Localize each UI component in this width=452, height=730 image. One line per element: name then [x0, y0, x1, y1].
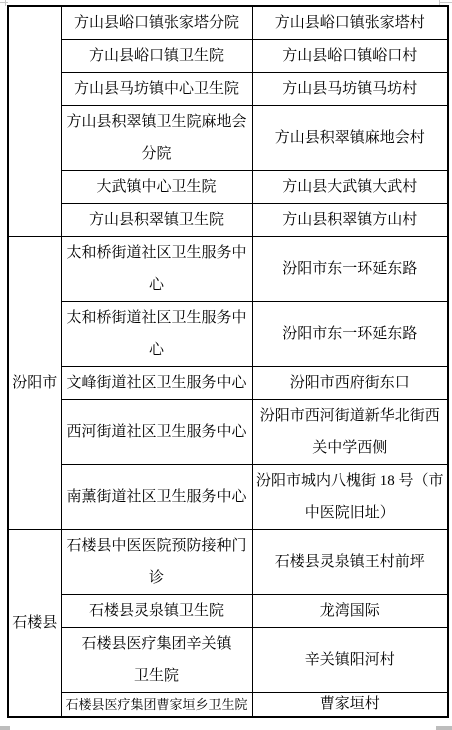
- address-cell: 方山县峪口镇张家塔村: [252, 6, 448, 40]
- institution-cell: 西河街道社区卫生服务中心: [61, 400, 252, 465]
- institution-cell: 方山县马坊镇中心卫生院: [61, 73, 252, 106]
- address-cell: 汾阳市东一环延东路: [252, 302, 448, 367]
- institution-cell: 太和桥街道社区卫生服务中 心: [61, 302, 252, 367]
- table-row: 方山县积翠镇卫生院麻地会 分院方山县积翠镇麻地会村: [8, 106, 448, 171]
- institution-cell: 石楼县医疗集团曹家垣乡卫生院: [61, 693, 252, 718]
- institution-cell: 方山县峪口镇卫生院: [61, 40, 252, 73]
- address-cell: 方山县大武镇大武村: [252, 171, 448, 204]
- institution-cell: 南薰街道社区卫生服务中心: [61, 465, 252, 530]
- table-row: 方山县峪口镇卫生院方山县峪口镇峪口村: [8, 40, 448, 73]
- table-row: 方山县峪口镇张家塔分院方山县峪口镇张家塔村: [8, 6, 448, 40]
- institution-cell: 石楼县医疗集团辛关镇 卫生院: [61, 628, 252, 693]
- gridline-remnant-top-left-vertical: [5, 0, 6, 6]
- vaccination-sites-table: 方山县峪口镇张家塔分院方山县峪口镇张家塔村方山县峪口镇卫生院方山县峪口镇峪口村方…: [7, 5, 449, 718]
- institution-cell: 文峰街道社区卫生服务中心: [61, 367, 252, 400]
- table-row: 南薰街道社区卫生服务中心汾阳市城内八槐街 18 号（市 中医院旧址）: [8, 465, 448, 530]
- address-cell: 汾阳市西府街东口: [252, 367, 448, 400]
- institution-cell: 太和桥街道社区卫生服务中 心: [61, 237, 252, 302]
- region-cell: [8, 6, 61, 237]
- table-row: 太和桥街道社区卫生服务中 心汾阳市东一环延东路: [8, 302, 448, 367]
- table-row: 石楼县灵泉镇卫生院龙湾国际: [8, 595, 448, 628]
- table-row: 汾阳市太和桥街道社区卫生服务中 心汾阳市东一环延东路: [8, 237, 448, 302]
- address-cell: 辛关镇阳河村: [252, 628, 448, 693]
- table-row: 大武镇中心卫生院方山县大武镇大武村: [8, 171, 448, 204]
- address-cell: 方山县积翠镇麻地会村: [252, 106, 448, 171]
- horizontal-scrollbar-fragment-left[interactable]: [0, 726, 10, 730]
- vaccination-sites-table-wrap: 方山县峪口镇张家塔分院方山县峪口镇张家塔村方山县峪口镇卫生院方山县峪口镇峪口村方…: [7, 5, 449, 718]
- address-cell: 汾阳市西河街道新华北街西 关中学西侧: [252, 400, 448, 465]
- institution-cell: 方山县峪口镇张家塔分院: [61, 6, 252, 40]
- gridline-remnant-top-left-horizontal: [0, 2, 8, 3]
- horizontal-scrollbar-fragment-right[interactable]: [436, 726, 452, 730]
- table-row: 石楼县医疗集团辛关镇 卫生院辛关镇阳河村: [8, 628, 448, 693]
- institution-cell: 石楼县灵泉镇卫生院: [61, 595, 252, 628]
- address-cell: 曹家垣村: [252, 693, 448, 718]
- address-cell: 方山县峪口镇峪口村: [252, 40, 448, 73]
- region-cell: 汾阳市: [8, 237, 61, 530]
- address-cell: 方山县马坊镇马坊村: [252, 73, 448, 106]
- table-row: 方山县积翠镇卫生院方山县积翠镇方山村: [8, 204, 448, 237]
- address-cell: 汾阳市城内八槐街 18 号（市 中医院旧址）: [252, 465, 448, 530]
- institution-cell: 方山县积翠镇卫生院麻地会 分院: [61, 106, 252, 171]
- table-row: 石楼县石楼县中医医院预防接种门 诊石楼县灵泉镇王村前坪: [8, 530, 448, 595]
- address-cell: 石楼县灵泉镇王村前坪: [252, 530, 448, 595]
- institution-cell: 石楼县中医医院预防接种门 诊: [61, 530, 252, 595]
- document-page: 方山县峪口镇张家塔分院方山县峪口镇张家塔村方山县峪口镇卫生院方山县峪口镇峪口村方…: [0, 0, 452, 730]
- table-row: 文峰街道社区卫生服务中心汾阳市西府街东口: [8, 367, 448, 400]
- institution-cell: 大武镇中心卫生院: [61, 171, 252, 204]
- table-row: 石楼县医疗集团曹家垣乡卫生院曹家垣村: [8, 693, 448, 718]
- table-row: 方山县马坊镇中心卫生院方山县马坊镇马坊村: [8, 73, 448, 106]
- address-cell: 汾阳市东一环延东路: [252, 237, 448, 302]
- institution-cell: 方山县积翠镇卫生院: [61, 204, 252, 237]
- address-cell: 方山县积翠镇方山村: [252, 204, 448, 237]
- region-cell: 石楼县: [8, 530, 61, 718]
- address-cell: 龙湾国际: [252, 595, 448, 628]
- table-row: 西河街道社区卫生服务中心汾阳市西河街道新华北街西 关中学西侧: [8, 400, 448, 465]
- gridline-remnant-top-right-horizontal: [439, 2, 452, 3]
